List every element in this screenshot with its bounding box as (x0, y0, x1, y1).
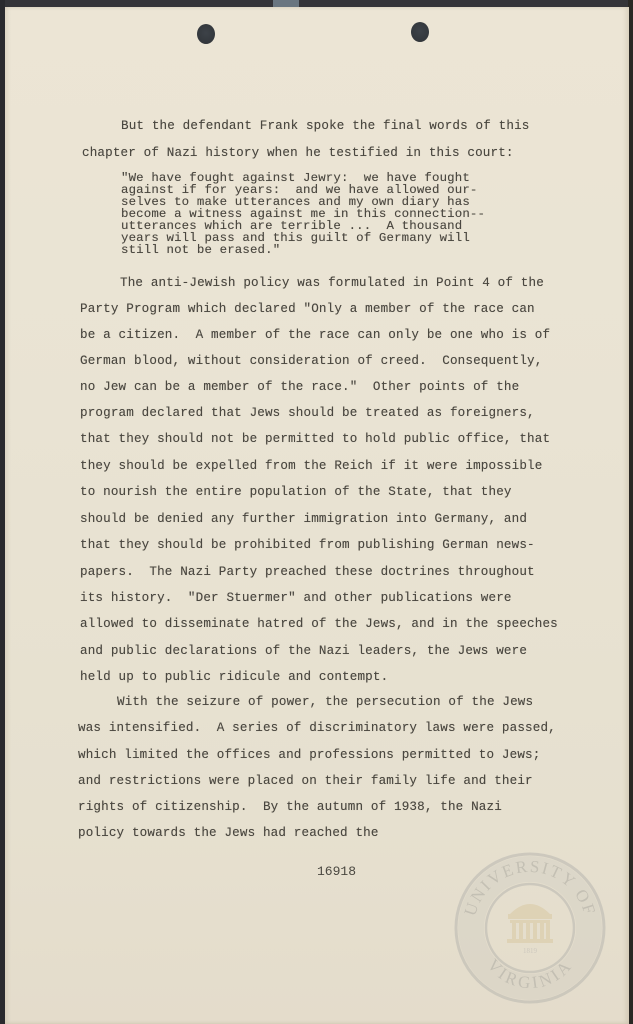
paragraph-2-line-10: should be denied any further immigration… (80, 506, 527, 532)
paragraph-2-line-8: they should be expelled from the Reich i… (80, 453, 542, 479)
paragraph-2-line-7: that they should not be permitted to hol… (80, 426, 550, 452)
paragraph-3-line-2: was intensified. A series of discriminat… (78, 715, 556, 741)
paragraph-2-line-9: to nourish the entire population of the … (80, 479, 512, 505)
quote-line-7: still not be erased." (121, 244, 280, 256)
paragraph-2-line-14: allowed to disseminate hatred of the Jew… (80, 611, 558, 637)
paragraph-2-line-5: no Jew can be a member of the race." Oth… (80, 374, 519, 400)
paragraph-2-line-1: The anti-Jewish policy was formulated in… (120, 270, 544, 296)
scan-clip-tab (273, 0, 299, 7)
punch-hole-left (197, 24, 215, 44)
page-number: 16918 (317, 864, 356, 879)
seal-year: 1819 (523, 947, 538, 955)
paragraph-1-line-2: chapter of Nazi history when he testifie… (82, 140, 514, 166)
paragraph-2-line-2: Party Program which declared "Only a mem… (80, 296, 535, 322)
scanned-page: But the defendant Frank spoke the final … (0, 0, 633, 1024)
paragraph-2-line-12: papers. The Nazi Party preached these do… (80, 559, 535, 585)
scan-top-border (0, 0, 633, 7)
punch-hole-right (411, 22, 429, 42)
paragraph-3-line-3: which limited the offices and profession… (78, 742, 540, 768)
paragraph-3-line-5: rights of citizenship. By the autumn of … (78, 794, 502, 820)
paragraph-2-line-3: be a citizen. A member of the race can o… (80, 322, 550, 348)
paragraph-1-line-1: But the defendant Frank spoke the final … (121, 113, 530, 139)
university-seal-watermark: UNIVERSITY OF VIRGINIA 1819 (452, 850, 608, 1006)
paragraph-3-line-1: With the seizure of power, the persecuti… (117, 689, 533, 715)
paragraph-2-line-15: and public declarations of the Nazi lead… (80, 638, 527, 664)
paragraph-3-line-4: and restrictions were placed on their fa… (78, 768, 533, 794)
paragraph-3-line-6: policy towards the Jews had reached the (78, 820, 379, 846)
paragraph-2-line-16: held up to public ridicule and contempt. (80, 664, 388, 690)
paragraph-2-line-4: German blood, without consideration of c… (80, 348, 542, 374)
paragraph-2-line-6: program declared that Jews should be tre… (80, 400, 535, 426)
paragraph-2-line-13: its history. "Der Stuermer" and other pu… (80, 585, 512, 611)
seal-icon: UNIVERSITY OF VIRGINIA 1819 (452, 850, 608, 1006)
paragraph-2-line-11: that they should be prohibited from publ… (80, 532, 535, 558)
